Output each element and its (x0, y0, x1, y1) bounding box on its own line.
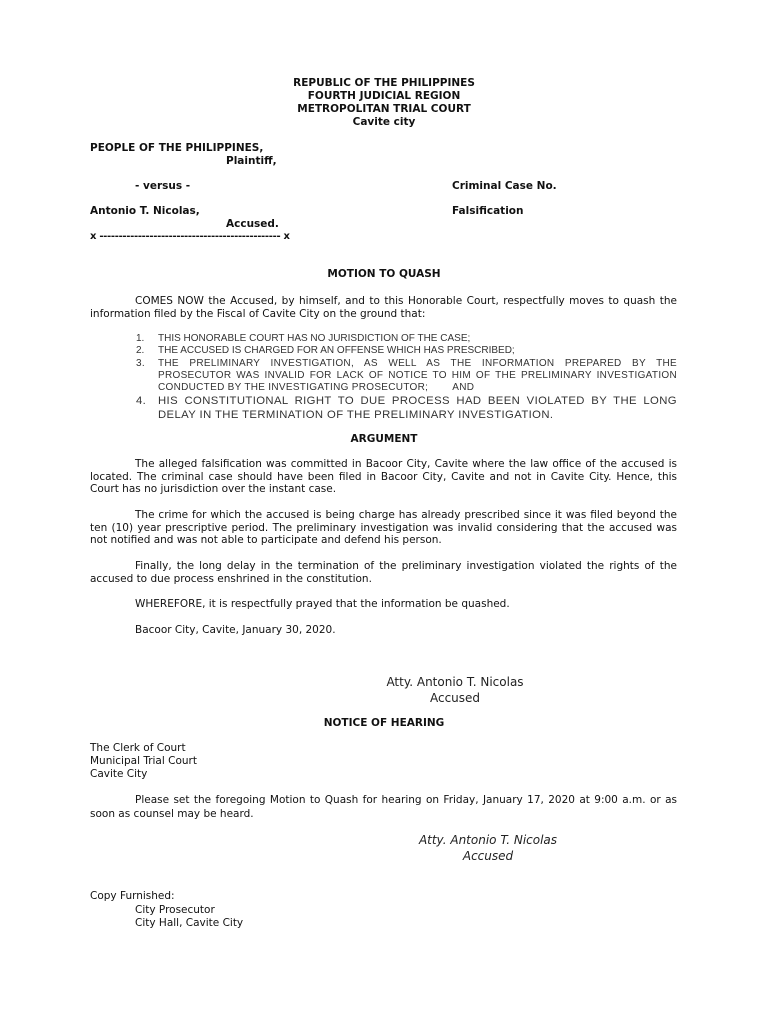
caption-separator: x --------------------------------------… (90, 231, 290, 242)
accused-name: Antonio T. Nicolas, (90, 205, 200, 217)
prayer-paragraph: WHEREFORE, it is respectfully prayed tha… (90, 598, 677, 611)
offense-label: Falsification (452, 205, 524, 217)
addressee-line: Cavite City (90, 768, 197, 781)
header-region: FOURTH JUDICIAL REGION (0, 90, 768, 103)
header-city: Cavite city (0, 116, 768, 129)
signatory-name: Atty. Antonio T. Nicolas (345, 674, 565, 690)
motion-title: MOTION TO QUASH (0, 268, 768, 281)
motion-intro: COMES NOW the Accused, by himself, and t… (90, 295, 677, 320)
notice-title: NOTICE OF HEARING (0, 717, 768, 730)
notice-body: Please set the foregoing Motion to Quash… (90, 794, 677, 821)
copy-furnished: Copy Furnished: City Prosecutor City Hal… (90, 890, 243, 931)
argument-paragraph: Finally, the long delay in the terminati… (90, 560, 677, 585)
argument-title: ARGUMENT (0, 433, 768, 446)
argument-paragraph: The alleged falsification was committed … (90, 458, 677, 496)
versus-label: - versus - (135, 180, 190, 192)
argument-paragraph: The crime for which the accused is being… (90, 509, 677, 547)
document-page: REPUBLIC OF THE PHILIPPINES FOURTH JUDIC… (0, 0, 768, 1024)
addressee-line: Municipal Trial Court (90, 755, 197, 768)
copy-recipient: City Prosecutor (90, 904, 243, 918)
plaintiff-name: PEOPLE OF THE PHILIPPINES, (90, 142, 263, 154)
copy-recipient: City Hall, Cavite City (90, 917, 243, 931)
addressee-line: The Clerk of Court (90, 742, 197, 755)
date-place-line: Bacoor City, Cavite, January 30, 2020. (90, 624, 677, 637)
header-court: METROPOLITAN TRIAL COURT (0, 103, 768, 116)
signatory-role: Accused (345, 690, 565, 706)
header-republic: REPUBLIC OF THE PHILIPPINES (0, 77, 768, 90)
copy-furnished-label: Copy Furnished: (90, 890, 243, 904)
case-number-label: Criminal Case No. (452, 180, 557, 192)
signature-block: Atty. Antonio T. Nicolas Accused (345, 674, 565, 706)
signature-block: Atty. Antonio T. Nicolas Accused (378, 832, 598, 864)
notice-addressee: The Clerk of Court Municipal Trial Court… (90, 742, 197, 781)
accused-label: Accused. (226, 218, 279, 230)
signatory-role: Accused (378, 848, 598, 864)
plaintiff-label: Plaintiff, (226, 155, 277, 167)
signatory-name: Atty. Antonio T. Nicolas (378, 832, 598, 848)
